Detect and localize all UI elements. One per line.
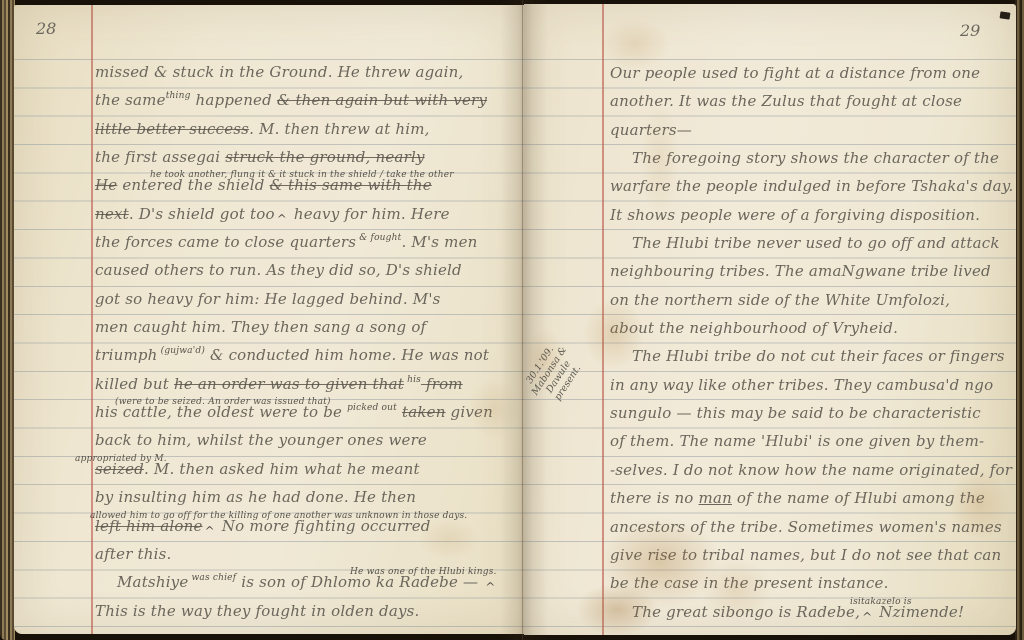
interlinear-insert: appropriated by M. <box>75 454 167 464</box>
text-segment: -selves. I do not know how the name orig… <box>610 461 1012 479</box>
manuscript-line: on the northern side of the White Umfolo… <box>610 291 1012 319</box>
text-segment: warfare the people indulged in before Ts… <box>610 177 1013 195</box>
manuscript-line: The Hlubi tribe do not cut their faces o… <box>610 347 1012 375</box>
manuscript-line: allowed him to go off for the killing of… <box>95 517 521 545</box>
manuscript-text-block: missed & stuck in the Ground. He threw a… <box>95 63 521 630</box>
right-page: 29 Our people used to fight at a distanc… <box>524 4 1016 635</box>
manuscript-line: about the neighbourhood of Vryheid. <box>610 319 1012 347</box>
text-segment: ancestors of the tribe. Sometimes women'… <box>610 518 1002 536</box>
manuscript-line: ancestors of the tribe. Sometimes women'… <box>610 518 1012 546</box>
text-segment: the forces came to close quarters <box>95 233 356 251</box>
struck-text: & then again but with very <box>277 91 487 109</box>
text-segment: The great sibongo is Radebe, <box>632 603 860 621</box>
manuscript-line: This is the way they fought in olden day… <box>95 602 521 630</box>
book-page-edges-right <box>1015 0 1024 640</box>
manuscript-line: He was one of the Hlubi kings.Matshiye w… <box>95 573 521 601</box>
text-segment: of the name of Hlubi among the <box>732 489 985 507</box>
manuscript-line: he took another, flung it & it stuck in … <box>95 176 521 204</box>
manuscript-line: next. D's shield got too^ heavy for him.… <box>95 205 521 233</box>
caret-mark: ^ <box>862 610 872 624</box>
manuscript-line: be the case in the present instance. <box>610 574 1012 602</box>
text-segment: quarters— <box>610 121 692 139</box>
manuscript-line: the samething happened & then again but … <box>95 91 521 119</box>
manuscript-line: -selves. I do not know how the name orig… <box>610 461 1012 489</box>
interlinear-insert: thing <box>166 91 191 101</box>
text-segment: This is the way they fought in olden day… <box>95 602 420 620</box>
manuscript-text-block: Our people used to fight at a distance f… <box>610 64 1012 631</box>
text-segment: about the neighbourhood of Vryheid. <box>610 319 898 337</box>
text-segment: sungulo — this may be said to be charact… <box>610 404 981 422</box>
text-segment: on the northern side of the White Umfolo… <box>610 291 950 309</box>
interlinear-insert: & fought <box>356 233 401 243</box>
text-segment: there is no <box>610 489 699 507</box>
struck-text: he an order was to given that <box>174 375 404 393</box>
text-segment: The foregoing story shows the character … <box>632 149 999 167</box>
text-segment: happened <box>191 91 277 109</box>
struck-text: taken <box>402 403 446 421</box>
text-segment: The Hlubi tribe never used to go off and… <box>632 234 1000 252</box>
manuscript-line: another. It was the Zulus that fought at… <box>610 92 1012 120</box>
interlinear-insert: was chief <box>188 573 236 583</box>
manuscript-line: It shows people were of a forgiving disp… <box>610 206 1012 234</box>
struck-text: from <box>421 375 463 393</box>
text-segment: men caught him. They then sang a song of <box>95 318 426 336</box>
manuscript-line: triumph (gujwa'd) & conducted him home. … <box>95 346 521 374</box>
text-segment: . M. then threw at him, <box>249 120 430 138</box>
text-segment: & conducted him home. He was not <box>205 346 489 364</box>
page-number: 28 <box>36 19 56 38</box>
text-segment: . M. then asked him what he meant <box>144 460 420 478</box>
manuscript-line: there is no man of the name of Hlubi amo… <box>610 489 1012 517</box>
manuscript-line: The foregoing story shows the character … <box>610 149 1012 177</box>
red-margin-line <box>91 5 93 634</box>
manuscript-line: of them. The name 'Hlubi' is one given b… <box>610 432 1012 460</box>
manuscript-line: men caught him. They then sang a song of <box>95 318 521 346</box>
manuscript-line: appropriated by M.seized. M. then asked … <box>95 460 521 488</box>
text-segment: triumph <box>95 346 158 364</box>
text-segment: another. It was the Zulus that fought at… <box>610 92 962 110</box>
manuscript-line: The Hlubi tribe never used to go off and… <box>610 234 1012 262</box>
text-segment: the same <box>95 91 166 109</box>
text-segment: the first assegai <box>95 148 225 166</box>
text-segment: heavy for him. Here <box>289 205 450 223</box>
manuscript-line: caused others to run. As they did so, D'… <box>95 261 521 289</box>
left-page: 28 missed & stuck in the Ground. He thre… <box>14 5 524 634</box>
caret-mark: ^ <box>205 524 215 538</box>
text-segment: Our people used to fight at a distance f… <box>610 64 980 82</box>
interlinear-insert: isitakazelo is <box>850 597 912 607</box>
text-segment: Matshiye <box>117 573 188 591</box>
manuscript-line: Our people used to fight at a distance f… <box>610 64 1012 92</box>
manuscript-line: warfare the people indulged in before Ts… <box>610 177 1012 205</box>
page-number: 29 <box>960 21 980 40</box>
interlinear-insert: He was one of the Hlubi kings. <box>350 567 497 577</box>
scanned-notebook-spread: { "palette": { "paper": "#ece3cb", "ink"… <box>0 0 1024 640</box>
text-segment: by insulting him as he had done. He then <box>95 488 416 506</box>
text-segment: caused others to run. As they did so, D'… <box>95 261 462 279</box>
struck-text: He <box>95 176 117 194</box>
manuscript-line: missed & stuck in the Ground. He threw a… <box>95 63 521 91</box>
text-segment: in any way like other tribes. They cambu… <box>610 376 993 394</box>
struck-text: little better success <box>95 120 249 138</box>
manuscript-line: sungulo — this may be said to be charact… <box>610 404 1012 432</box>
ink-mark <box>1000 11 1011 19</box>
text-segment: neighbouring tribes. The amaNgwane tribe… <box>610 262 991 280</box>
manuscript-line: The great sibongo is Radebe,^isitakazelo… <box>610 603 1012 631</box>
manuscript-line: little better success. M. then threw at … <box>95 120 521 148</box>
caret-mark: ^ <box>485 580 495 594</box>
struck-text: next <box>95 205 129 223</box>
text-segment: got so heavy for him: He lagged behind. … <box>95 290 441 308</box>
interlinear-insert: picked out <box>347 403 397 413</box>
manuscript-line: in any way like other tribes. They cambu… <box>610 376 1012 404</box>
manuscript-line: quarters— <box>610 121 1012 149</box>
text-segment: give rise to tribal names, but I do not … <box>610 546 1001 564</box>
text-segment: of them. The name 'Hlubi' is one given b… <box>610 432 984 450</box>
interlinear-insert: allowed him to go off for the killing of… <box>90 511 467 521</box>
interlinear-insert: (were to be seized. An order was issued … <box>115 397 331 407</box>
struck-text: struck the ground, nearly <box>225 148 424 166</box>
interlinear-insert: his <box>404 375 421 385</box>
text-segment: The Hlubi tribe do not cut their faces o… <box>632 347 1005 365</box>
text-segment: It shows people were of a forgiving disp… <box>610 206 980 224</box>
caret-mark: ^ <box>277 212 287 226</box>
manuscript-line: got so heavy for him: He lagged behind. … <box>95 290 521 318</box>
text-segment: . D's shield got too <box>129 205 275 223</box>
interlinear-insert: he took another, flung it & it stuck in … <box>150 170 454 180</box>
manuscript-line: (were to be seized. An order was issued … <box>95 403 521 431</box>
red-margin-line <box>602 4 604 635</box>
text-segment: be the case in the present instance. <box>610 574 889 592</box>
manuscript-line: the forces came to close quarters & foug… <box>95 233 521 261</box>
text-segment: after this. <box>95 545 172 563</box>
text-segment: man <box>699 489 732 507</box>
interlinear-insert: (gujwa'd) <box>158 346 206 356</box>
text-segment: back to him, whilst the younger ones wer… <box>95 431 427 449</box>
manuscript-line: neighbouring tribes. The amaNgwane tribe… <box>610 262 1012 290</box>
text-segment: missed & stuck in the Ground. He threw a… <box>95 63 463 81</box>
text-segment: killed but <box>95 375 174 393</box>
text-segment: given <box>446 403 493 421</box>
text-segment: . M's men <box>401 233 477 251</box>
book-page-edges-left <box>0 0 15 640</box>
manuscript-line: give rise to tribal names, but I do not … <box>610 546 1012 574</box>
